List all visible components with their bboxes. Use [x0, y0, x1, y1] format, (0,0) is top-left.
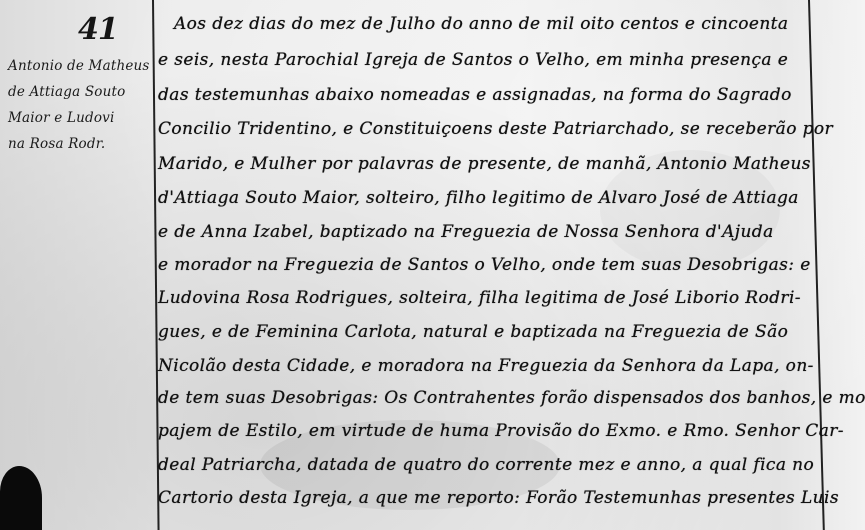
entry-line: Marido, e Mulher por palavras de present… [158, 154, 811, 174]
margin-note-line: de Attiaga Souto [8, 84, 125, 100]
entry-line: deal Patriarcha, datada de quatro do cor… [158, 455, 814, 475]
entry-line: Nicolão desta Cidade, e moradora na Freg… [158, 356, 814, 376]
entry-line: e de Anna Izabel, baptizado na Freguezia… [158, 222, 774, 242]
entry-line: gues, e de Feminina Carlota, natural e b… [158, 322, 788, 342]
entry-line: Ludovina Rosa Rodrigues, solteira, filha… [158, 288, 801, 308]
entry-line: d'Attiaga Souto Maior, solteiro, filho l… [158, 188, 799, 208]
entry-line: Aos dez dias do mez de Julho do anno de … [174, 14, 788, 34]
thumb-shadow [0, 466, 42, 530]
margin-note-line: Maior e Ludovi [8, 110, 115, 126]
entry-line: Concilio Tridentino, e Constituiçoens de… [158, 119, 833, 139]
entry-line: e seis, nesta Parochial Igreja de Santos… [158, 50, 788, 70]
entry-line: pajem de Estilo, em virtude de huma Prov… [158, 421, 844, 441]
register-page: 41 Antonio de Matheus de Attiaga Souto M… [0, 0, 865, 530]
entry-number: 41 [78, 12, 118, 47]
margin-note-line: Antonio de Matheus [8, 58, 150, 74]
margin-note-line: na Rosa Rodr. [8, 136, 105, 152]
entry-line: e morador na Freguezia de Santos o Velho… [158, 255, 811, 275]
entry-line: Cartorio desta Igreja, a que me reporto:… [158, 488, 839, 508]
entry-line: de tem suas Desobrigas: Os Contrahentes … [158, 388, 865, 408]
entry-line: das testemunhas abaixo nomeadas e assign… [158, 85, 792, 105]
